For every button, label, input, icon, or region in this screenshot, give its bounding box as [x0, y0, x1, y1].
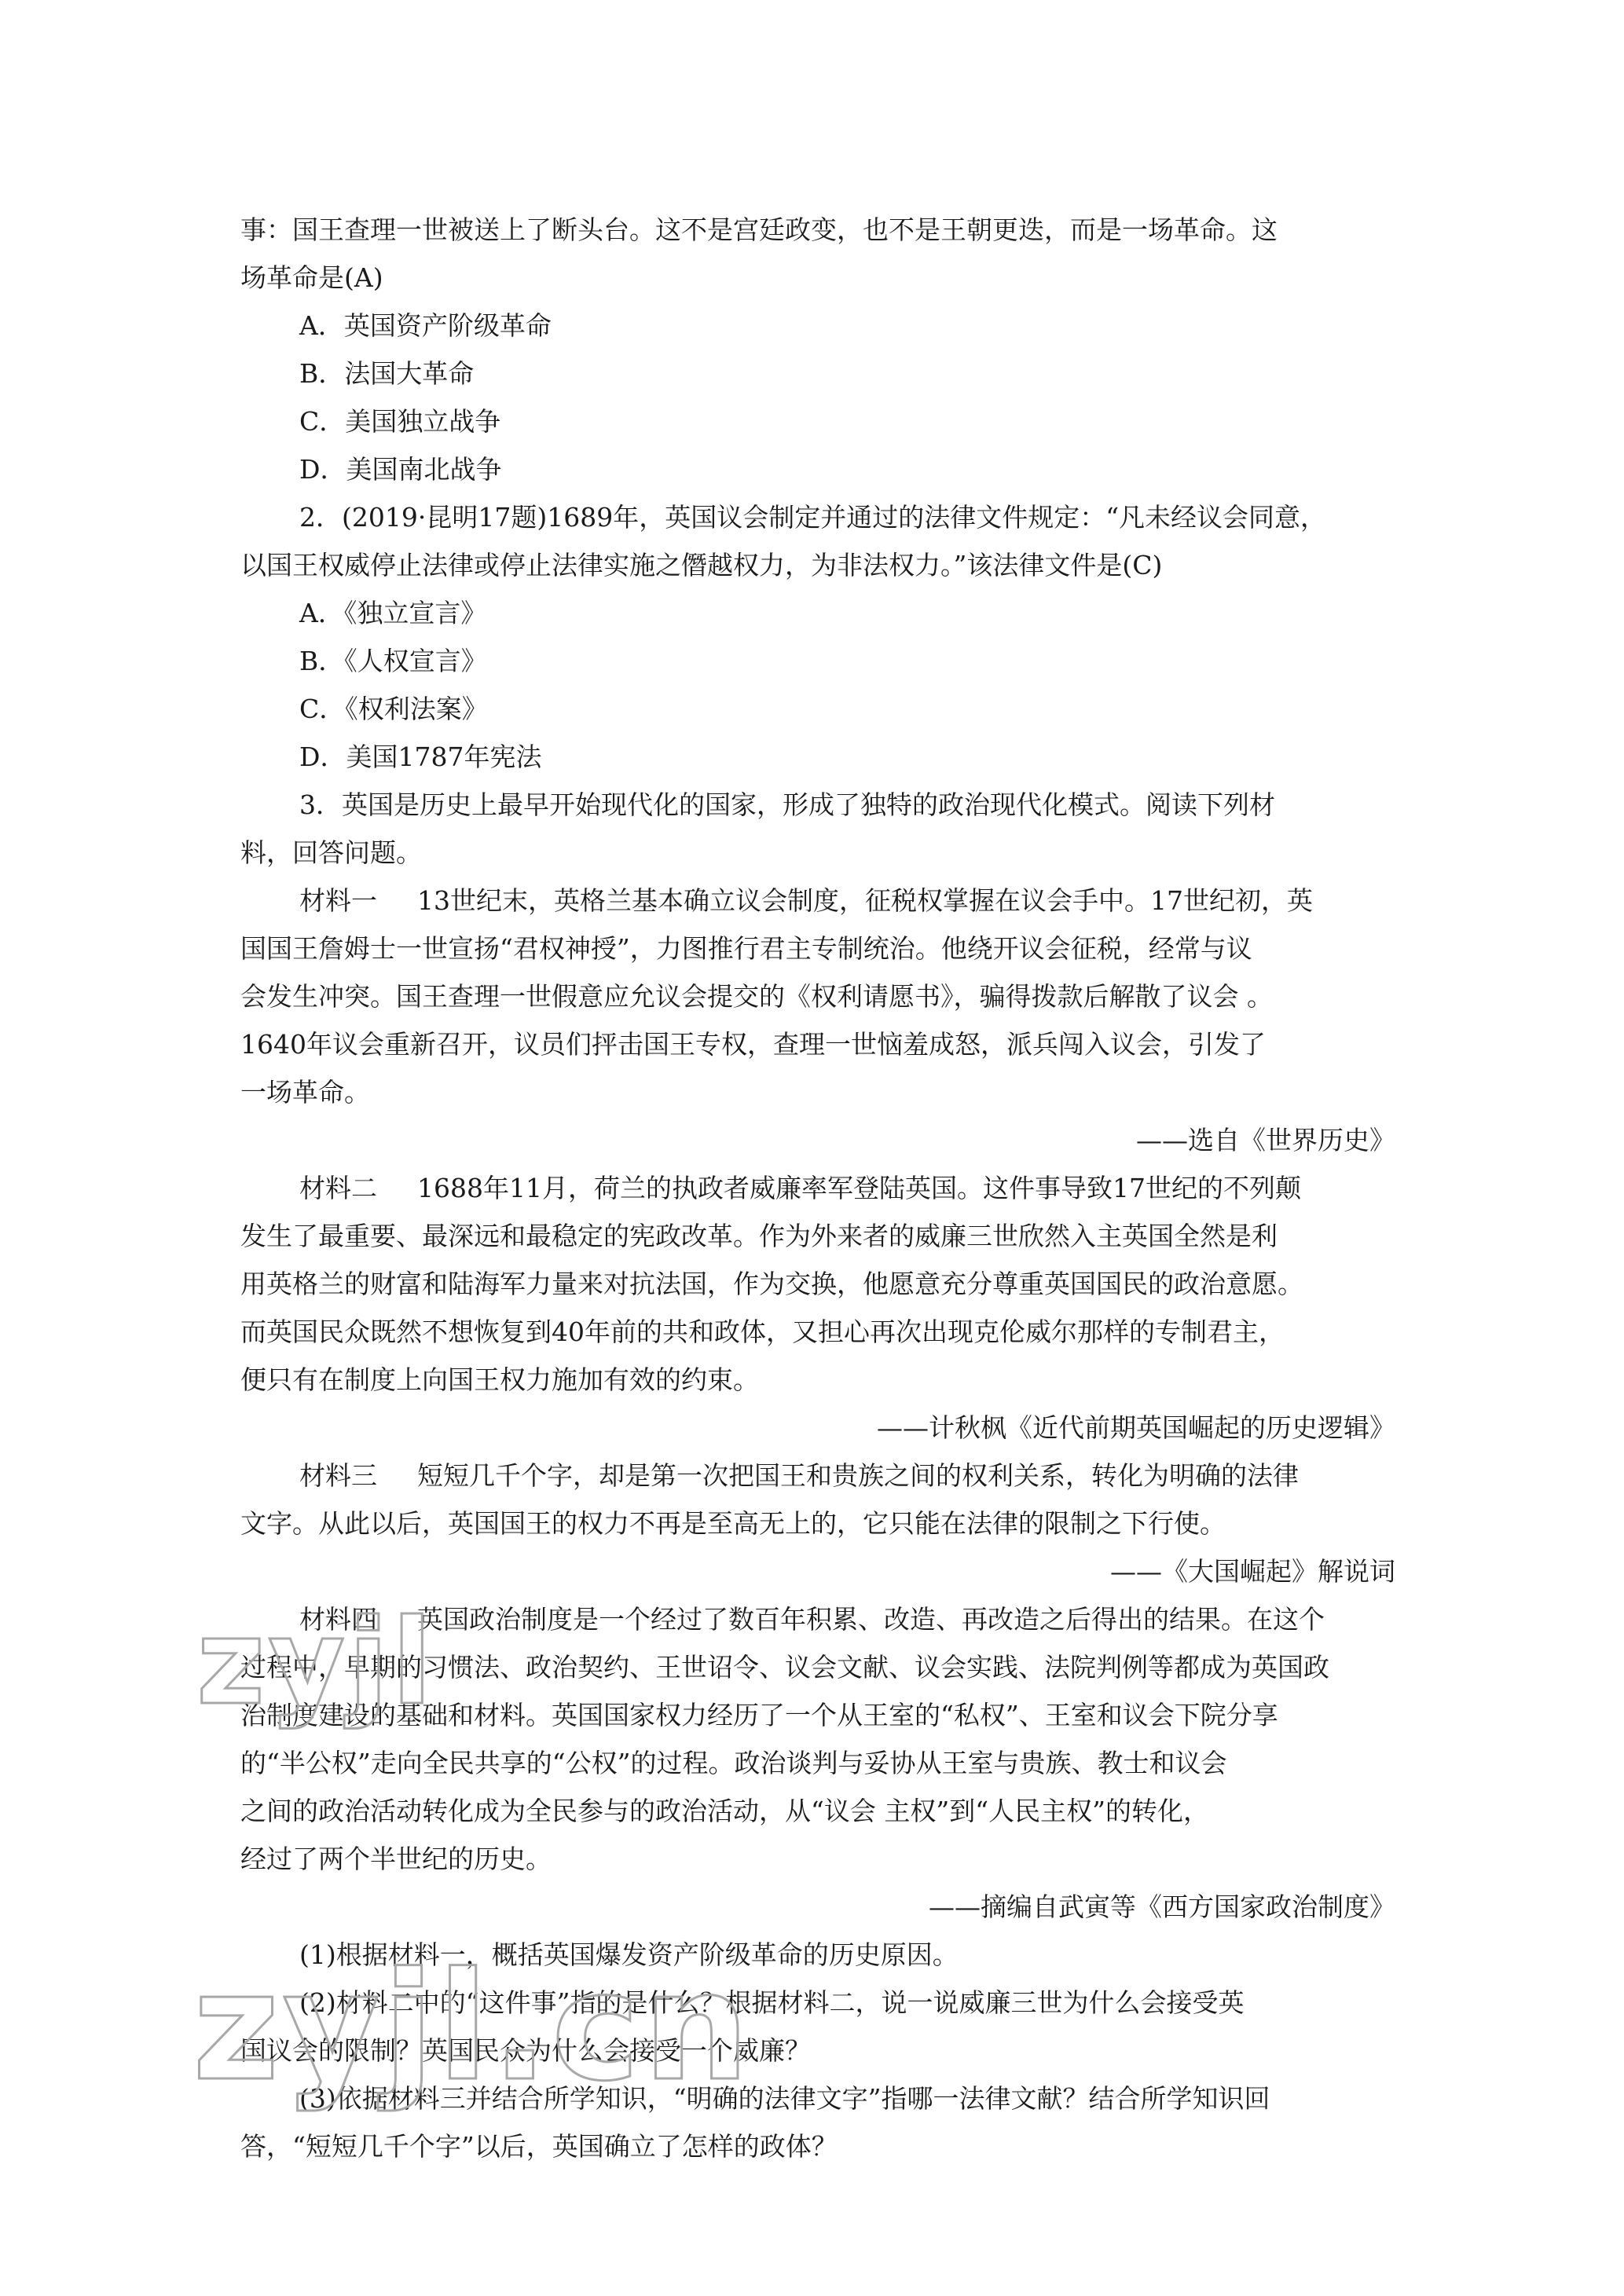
material-4-line-4: 的“半公权”走向全民共享的“公权”的过程。政治谈判与妥协从王室与贵族、教士和议会	[240, 1739, 1395, 1787]
q3-stem-line-2: 料，回答问题。	[240, 829, 1395, 877]
q1-stem-line-1: 事：国王查理一世被送上了断头台。这不是宫廷政变，也不是王朝更迭，而是一场革命。这	[240, 206, 1395, 254]
q2-option-d: D．美国1787年宪法	[240, 733, 1395, 781]
q3-stem-line-1: 3．英国是历史上最早开始现代化的国家，形成了独特的政治现代化模式。阅读下列材	[240, 781, 1395, 829]
material-2-source: ——计秋枫《近代前期英国崛起的历史逻辑》	[240, 1404, 1395, 1452]
material-2-line-4: 而英国民众既然不想恢复到40年前的共和政体，又担心再次出现克伦威尔那样的专制君主…	[240, 1308, 1395, 1356]
material-3: 材料三短短几千个字，却是第一次把国王和贵族之间的权利关系，转化为明确的法律 文字…	[240, 1452, 1395, 1595]
q1-option-a: A．英国资产阶级革命	[240, 302, 1395, 350]
material-3-source: ——《大国崛起》解说词	[240, 1547, 1395, 1595]
material-2-line-5: 便只有在制度上向国王权力施加有效的约束。	[240, 1356, 1395, 1404]
material-2-line-1: 1688年11月，荷兰的执政者威廉率军登陆英国。这件事导致17世纪的不列颠	[417, 1173, 1301, 1203]
material-4-source: ——摘编自武寅等《西方国家政治制度》	[240, 1883, 1395, 1931]
material-2: 材料二1688年11月，荷兰的执政者威廉率军登陆英国。这件事导致17世纪的不列颠…	[240, 1164, 1395, 1452]
q1-stem-line-2: 场革命是(A)	[240, 254, 1395, 302]
material-4-line-6: 经过了两个半世纪的历史。	[240, 1835, 1395, 1883]
material-1-line-3: 会发生冲突。国王查理一世假意应允议会提交的《权利请愿书》，骗得拨款后解散了议会 …	[240, 972, 1395, 1020]
sub-question-3-line-2: 答，“短短几千个字”以后，英国确立了怎样的政体？	[240, 2122, 1395, 2170]
material-1: 材料一13世纪末，英格兰基本确立议会制度，征税权掌握在议会手中。17世纪初，英 …	[240, 877, 1395, 1164]
material-1-line-4: 1640年议会重新召开，议员们抨击国王专权，查理一世恼羞成怒，派兵闯入议会，引发…	[240, 1020, 1395, 1068]
material-1-line-2: 国国王詹姆士一世宣扬“君权神授”，力图推行君主专制统治。他绕开议会征税，经常与议	[240, 925, 1395, 972]
material-3-line-1: 短短几千个字，却是第一次把国王和贵族之间的权利关系，转化为明确的法律	[417, 1460, 1299, 1491]
material-4-line-1: 英国政治制度是一个经过了数百年积累、改造、再改造之后得出的结果。在这个	[417, 1604, 1325, 1635]
question-1: 事：国王查理一世被送上了断头台。这不是宫廷政变，也不是王朝更迭，而是一场革命。这…	[240, 206, 1395, 493]
material-2-label: 材料二	[299, 1164, 417, 1212]
material-3-line-2: 文字。从此以后，英国国王的权力不再是至高无上的，它只能在法律的限制之下行使。	[240, 1500, 1395, 1547]
material-2-line-2: 发生了最重要、最深远和最稳定的宪政改革。作为外来者的威廉三世欣然入主英国全然是利	[240, 1212, 1395, 1260]
q2-stem-line-2: 以国王权威停止法律或停止法律实施之僭越权力，为非法权力。”该法律文件是(C)	[240, 541, 1395, 589]
material-2-line-3: 用英格兰的财富和陆海军力量来对抗法国，作为交换，他愿意充分尊重英国国民的政治意愿…	[240, 1260, 1395, 1308]
q1-option-b: B．法国大革命	[240, 350, 1395, 397]
q2-option-b: B．《人权宣言》	[240, 637, 1395, 685]
material-1-line-5: 一场革命。	[240, 1068, 1395, 1116]
material-1-line-1: 13世纪末，英格兰基本确立议会制度，征税权掌握在议会手中。17世纪初，英	[417, 885, 1313, 916]
material-4-line-5: 之间的政治活动转化成为全民参与的政治活动，从“议会 主权”到“人民主权”的转化，	[240, 1787, 1395, 1835]
document-page: 事：国王查理一世被送上了断头台。这不是宫廷政变，也不是王朝更迭，而是一场革命。这…	[240, 206, 1395, 2170]
q2-option-a: A．《独立宣言》	[240, 589, 1395, 637]
q2-option-c: C．《权利法案》	[240, 685, 1395, 733]
q1-option-d: D．美国南北战争	[240, 445, 1395, 493]
material-1-source: ——选自《世界历史》	[240, 1116, 1395, 1164]
watermark-bottom: zyjl.cn	[192, 1940, 753, 2114]
material-3-label: 材料三	[299, 1452, 417, 1500]
material-1-label: 材料一	[299, 877, 417, 925]
watermark-top: zyjl	[196, 1595, 435, 1731]
q2-stem-line-1: 2．(2019·昆明17题)1689年，英国议会制定并通过的法律文件规定：“凡未…	[240, 493, 1395, 541]
q1-option-c: C．美国独立战争	[240, 397, 1395, 445]
question-2: 2．(2019·昆明17题)1689年，英国议会制定并通过的法律文件规定：“凡未…	[240, 493, 1395, 781]
